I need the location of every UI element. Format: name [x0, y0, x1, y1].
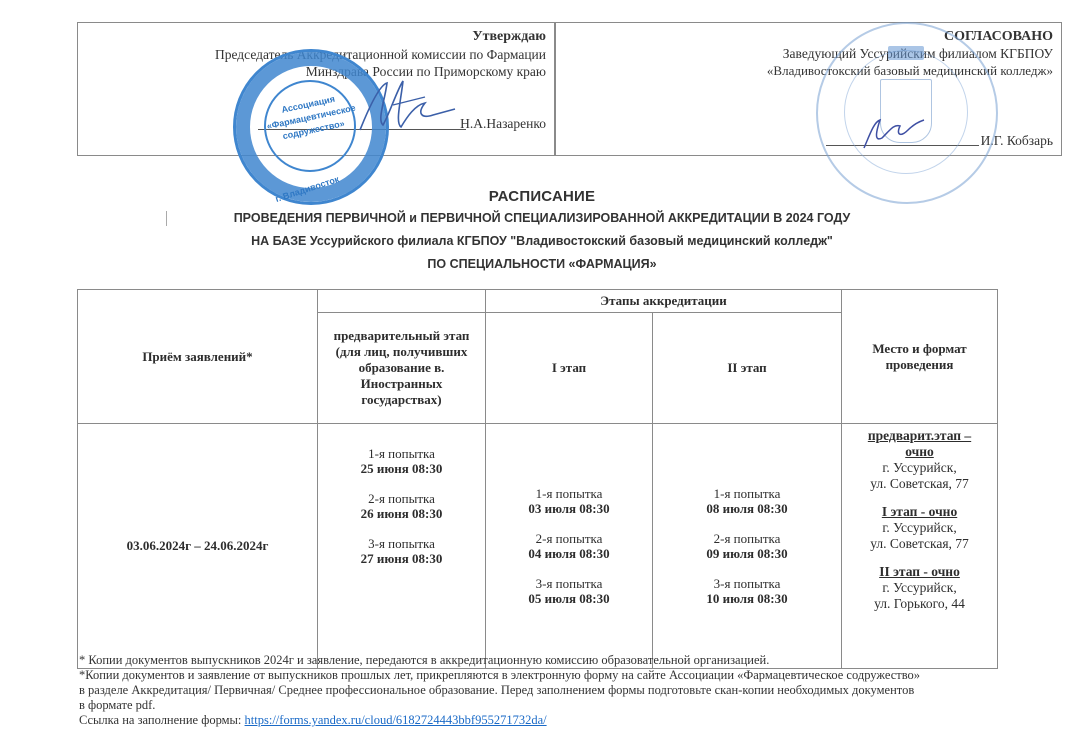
attempt-datetime: 03 июля 08:30 [486, 501, 652, 517]
cell-stage2: 1-я попытка 08 июля 08:30 2-я попытка 09… [653, 424, 842, 669]
attempt-datetime: 05 июля 08:30 [486, 591, 652, 607]
agreed-heading: СОГЛАСОВАНО [944, 29, 1053, 45]
form-link-line: Ссылка на заполнение формы: https://form… [79, 713, 1039, 728]
footnote-2-line3: в формате pdf. [79, 698, 1039, 713]
form-link-label: Ссылка на заполнение формы: [79, 713, 245, 727]
document-title: РАСПИСАНИЕ [0, 188, 1084, 205]
header-row-1: Приём заявлений* Этапы аккредитации Мест… [78, 290, 998, 313]
attempt: 1-я попытка 03 июля 08:30 [486, 486, 652, 517]
approver-position-line2: Минздрава России по Приморскому краю [306, 64, 546, 80]
application-period: 03.06.2024г – 24.06.2024г [127, 538, 269, 553]
footnotes: * Копии документов выпускников 2024г и з… [79, 653, 1039, 728]
venue-list: предварит.этап – очно г. Уссурийск, ул. … [842, 428, 997, 612]
venue-address: ул. Советская, 77 [842, 536, 997, 552]
cell-venue: предварит.этап – очно г. Уссурийск, ул. … [842, 424, 998, 669]
cell-preliminary: 1-я попытка 25 июня 08:30 2-я попытка 26… [318, 424, 486, 669]
approver-name: Н.А.Назаренко [460, 116, 546, 132]
attempt-label: 2-я попытка [318, 491, 485, 506]
venue-block: II этап - очно г. Уссурийск, ул. Горьког… [842, 564, 997, 612]
header-stages-group: Этапы аккредитации [486, 290, 842, 313]
attempt: 1-я попытка 08 июля 08:30 [653, 486, 841, 517]
cell-stage1: 1-я попытка 03 июля 08:30 2-я попытка 04… [486, 424, 653, 669]
document-subtitle-line3: ПО СПЕЦИАЛЬНОСТИ «ФАРМАЦИЯ» [0, 257, 1084, 271]
venue-block: предварит.этап – очно г. Уссурийск, ул. … [842, 428, 997, 492]
footnote-2-line1: *Копии документов и заявление от выпускн… [79, 668, 1039, 683]
document-subtitle-line2: НА БАЗЕ Уссурийского филиала КГБПОУ "Вла… [0, 234, 1084, 248]
document-subtitle-line1: ПРОВЕДЕНИЯ ПЕРВИЧНОЙ и ПЕРВИЧНОЙ СПЕЦИАЛ… [0, 211, 1084, 225]
venue-format: предварит.этап – очно [842, 428, 997, 460]
approval-right-cell: СОГЛАСОВАНО Заведующий Уссурийским филиа… [556, 23, 1061, 155]
venue-format: I этап - очно [842, 504, 997, 520]
form-link[interactable]: https://forms.yandex.ru/cloud/6182724443… [245, 713, 547, 727]
approval-table: Утверждаю Председатель Аккредитационной … [77, 22, 1062, 156]
header-stage1: I этап [486, 313, 653, 424]
agreer-position-line1: Заведующий Уссурийским филиалом КГБПОУ [783, 46, 1053, 62]
venue-city: г. Уссурийск, [842, 580, 997, 596]
attempt: 2-я попытка 26 июня 08:30 [318, 491, 485, 522]
attempt-label: 3-я попытка [318, 536, 485, 551]
approver-position-line1: Председатель Аккредитационной комиссии п… [215, 47, 546, 63]
cell-application-period: 03.06.2024г – 24.06.2024г [78, 424, 318, 669]
signature-line [258, 129, 466, 130]
attempt: 2-я попытка 09 июля 08:30 [653, 531, 841, 562]
attempt-datetime: 08 июля 08:30 [653, 501, 841, 517]
attempt-label: 1-я попытка [318, 446, 485, 461]
approval-left-cell: Утверждаю Председатель Аккредитационной … [78, 23, 554, 155]
header-stage2: II этап [653, 313, 842, 424]
attempt-datetime: 26 июня 08:30 [318, 506, 485, 522]
stage1-attempts: 1-я попытка 03 июля 08:30 2-я попытка 04… [486, 486, 652, 607]
scan-artifact-line [166, 211, 167, 226]
attempt-label: 3-я попытка [486, 576, 652, 591]
agreer-name: И.Г. Кобзарь [981, 133, 1053, 149]
venue-format: II этап - очно [842, 564, 997, 580]
venue-city: г. Уссурийск, [842, 460, 997, 476]
venue-city: г. Уссурийск, [842, 520, 997, 536]
attempt: 3-я попытка 27 июня 08:30 [318, 536, 485, 567]
stage2-attempts: 1-я попытка 08 июля 08:30 2-я попытка 09… [653, 486, 841, 607]
footnote-1: * Копии документов выпускников 2024г и з… [79, 653, 1039, 668]
attempt-datetime: 04 июля 08:30 [486, 546, 652, 562]
attempt-label: 2-я попытка [486, 531, 652, 546]
attempt-label: 2-я попытка [653, 531, 841, 546]
header-preliminary: предварительный этап (для лиц, получивши… [318, 313, 486, 424]
venue-address: ул. Горького, 44 [842, 596, 997, 612]
header-empty-cell [318, 290, 486, 313]
attempt-label: 3-я попытка [653, 576, 841, 591]
agreer-position-line2: «Владивостокский базовый медицинский кол… [767, 63, 1053, 79]
header-applications: Приём заявлений* [78, 290, 318, 424]
attempt: 2-я попытка 04 июля 08:30 [486, 531, 652, 562]
attempt: 1-я попытка 25 июня 08:30 [318, 446, 485, 477]
attempt-datetime: 10 июля 08:30 [653, 591, 841, 607]
attempt-datetime: 27 июня 08:30 [318, 551, 485, 567]
table-row: 03.06.2024г – 24.06.2024г 1-я попытка 25… [78, 424, 998, 669]
preliminary-attempts: 1-я попытка 25 июня 08:30 2-я попытка 26… [318, 446, 485, 567]
venue-block: I этап - очно г. Уссурийск, ул. Советска… [842, 504, 997, 552]
attempt-datetime: 09 июля 08:30 [653, 546, 841, 562]
attempt: 3-я попытка 10 июля 08:30 [653, 576, 841, 607]
subtitle-text: ПРОВЕДЕНИЯ ПЕРВИЧНОЙ и ПЕРВИЧНОЙ СПЕЦИАЛ… [234, 211, 851, 225]
attempt-datetime: 25 июня 08:30 [318, 461, 485, 477]
approve-heading: Утверждаю [472, 29, 546, 45]
attempt-label: 1-я попытка [486, 486, 652, 501]
attempt-label: 1-я попытка [653, 486, 841, 501]
signature-line [826, 145, 979, 146]
venue-address: ул. Советская, 77 [842, 476, 997, 492]
header-venue: Место и формат проведения [842, 290, 998, 424]
footnote-2-line2: в разделе Аккредитация/ Первичная/ Средн… [79, 683, 1039, 698]
schedule-table: Приём заявлений* Этапы аккредитации Мест… [77, 289, 998, 669]
attempt: 3-я попытка 05 июля 08:30 [486, 576, 652, 607]
